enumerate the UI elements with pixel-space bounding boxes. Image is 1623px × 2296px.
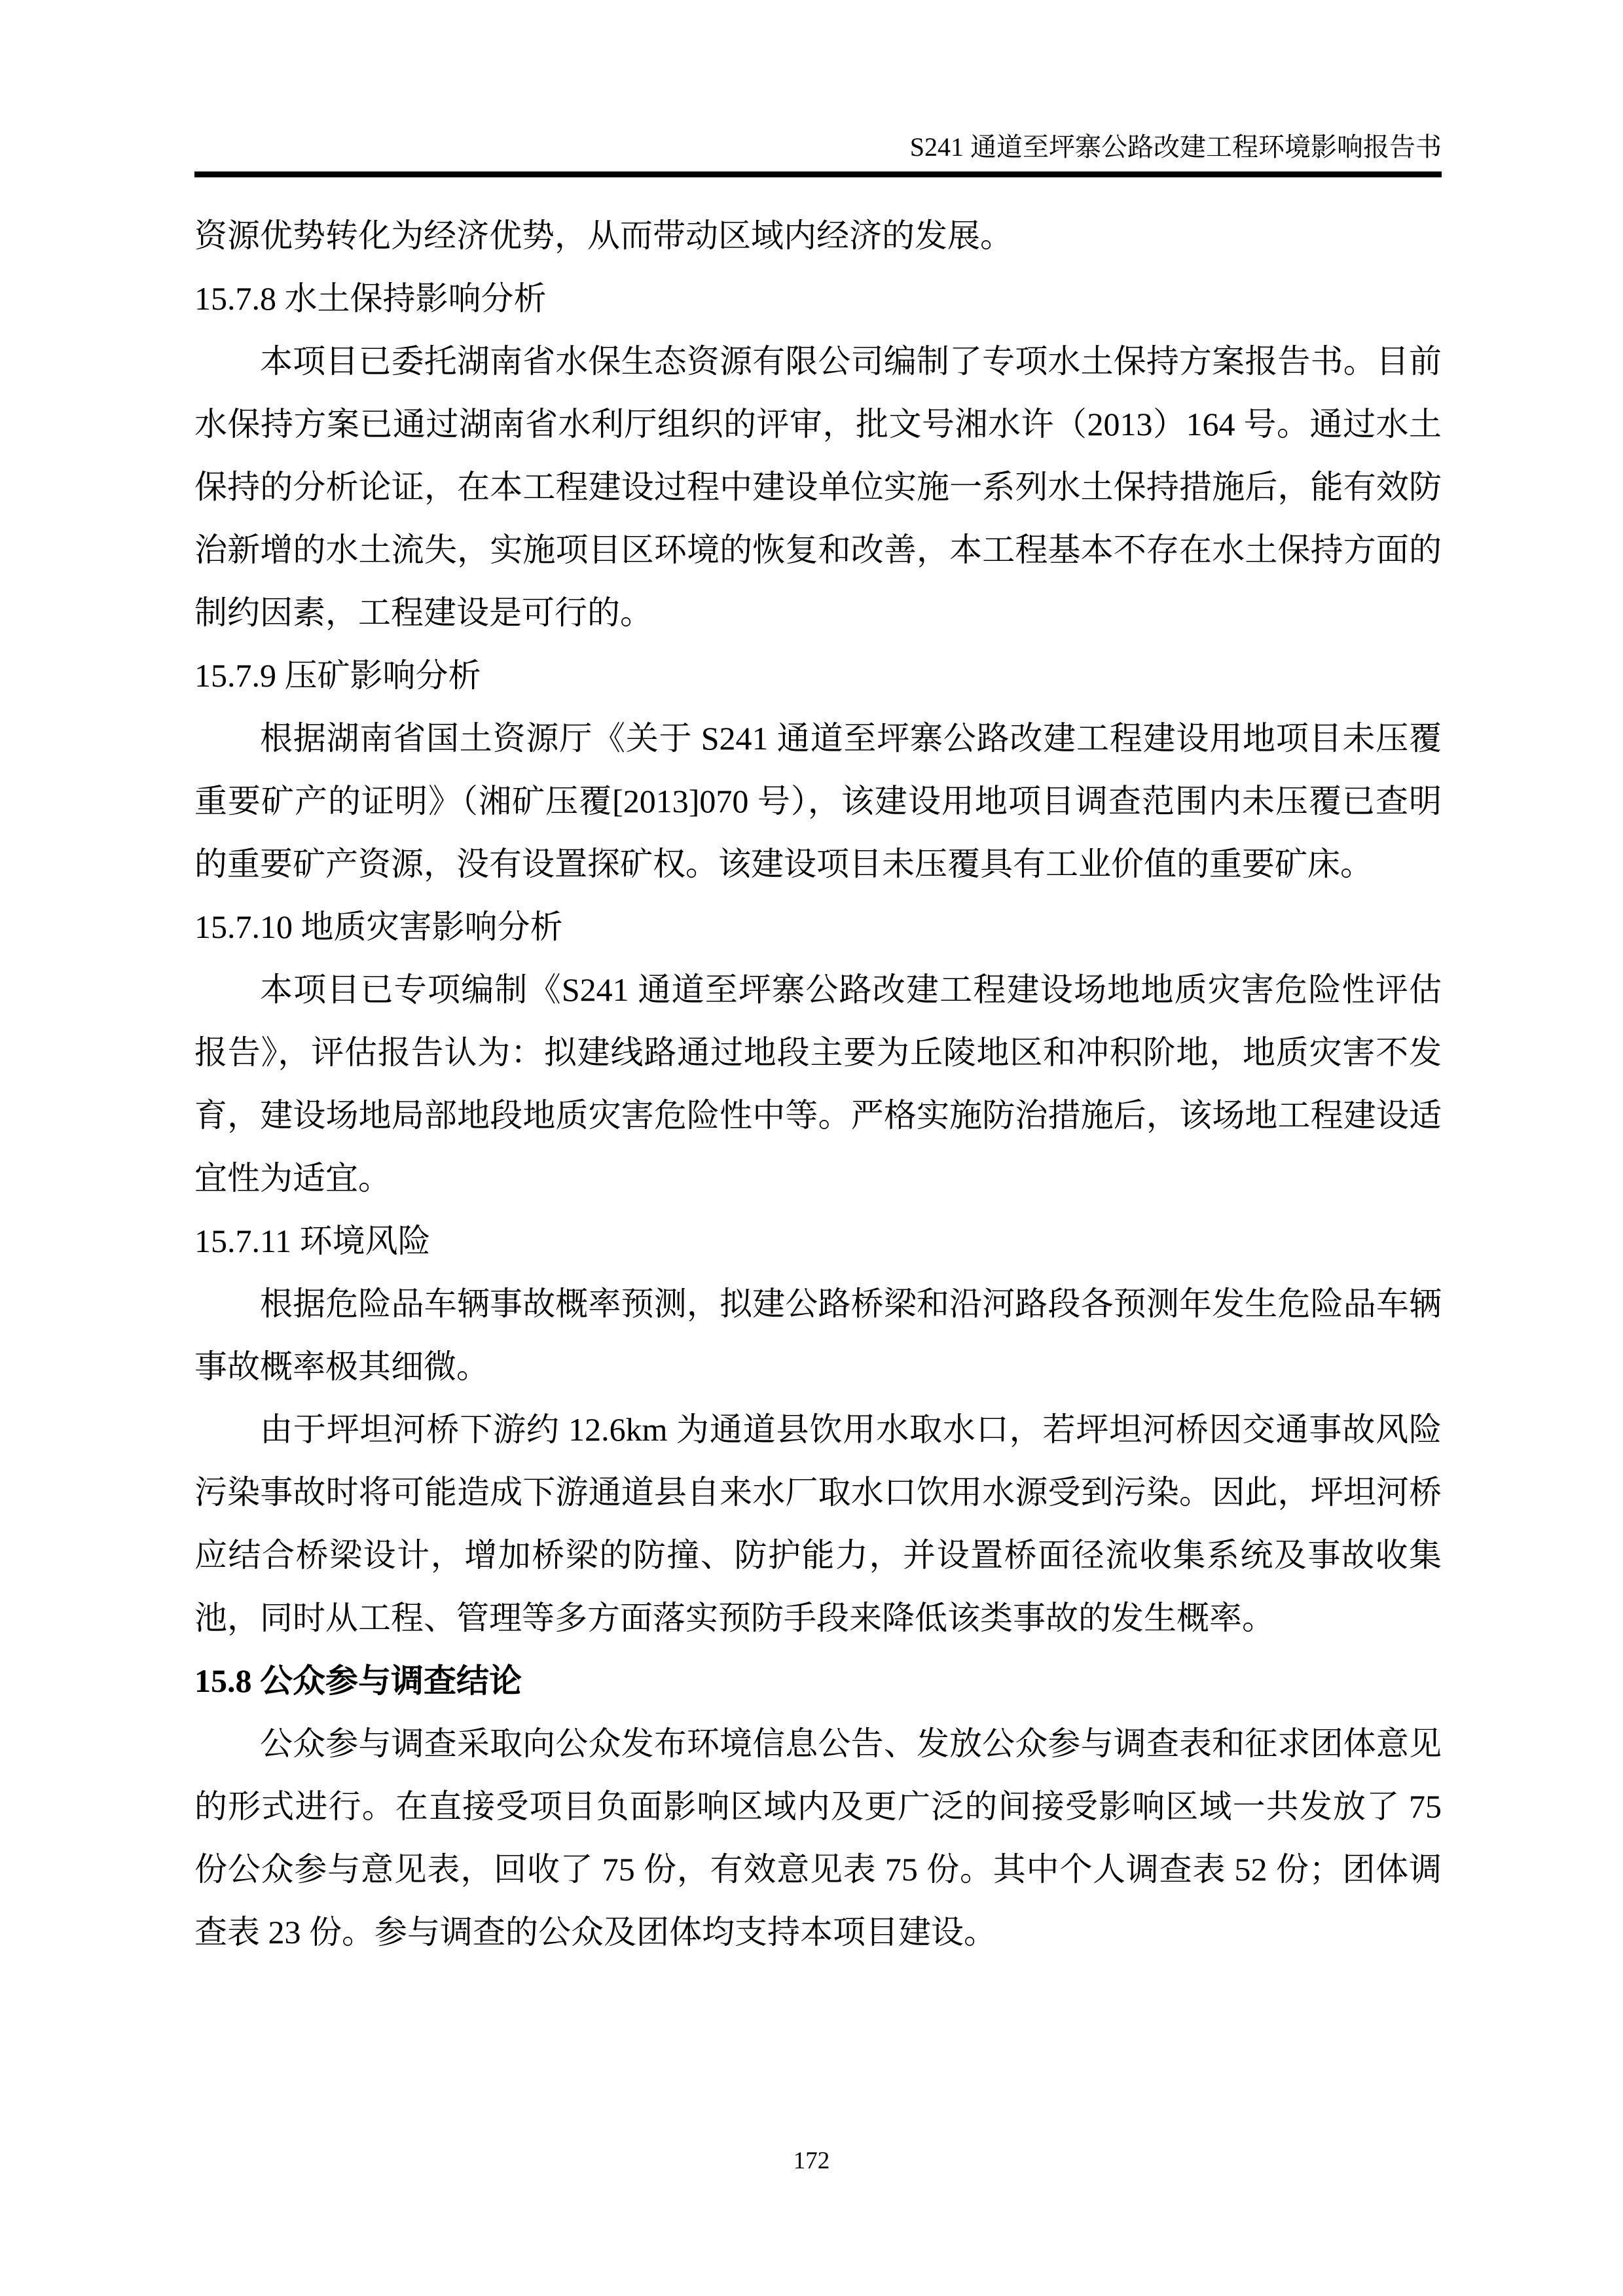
paragraph: 由于坪坦河桥下游约 12.6km 为通道县饮用水取水口，若坪坦河桥因交通事故风险… — [194, 1398, 1442, 1649]
paragraph: 公众参与调查采取向公众发布环境信息公告、发放公众参与调查表和征求团体意见的形式进… — [194, 1712, 1442, 1964]
paragraph-continuation: 资源优势转化为经济优势，从而带动区域内经济的发展。 — [194, 204, 1442, 267]
paragraph: 根据湖南省国土资源厅《关于 S241 通道至坪寨公路改建工程建设用地项目未压覆重… — [194, 707, 1442, 895]
document-body: 资源优势转化为经济优势，从而带动区域内经济的发展。 15.7.8 水土保持影响分… — [194, 204, 1442, 1964]
section-heading-15-7-8: 15.7.8 水土保持影响分析 — [194, 267, 1442, 330]
page-number: 172 — [793, 2147, 830, 2174]
paragraph: 本项目已委托湖南省水保生态资源有限公司编制了专项水土保持方案报告书。目前水保持方… — [194, 330, 1442, 644]
header-running-title: S241 通道至坪寨公路改建工程环境影响报告书 — [194, 130, 1442, 165]
paragraph: 本项目已专项编制《S241 通道至坪寨公路改建工程建设场地地质灾害危险性评估报告… — [194, 958, 1442, 1210]
page-footer: 172 — [0, 2147, 1623, 2176]
paragraph: 根据危险品车辆事故概率预测，拟建公路桥梁和沿河路段各预测年发生危险品车辆事故概率… — [194, 1272, 1442, 1398]
section-heading-15-7-9: 15.7.9 压矿影响分析 — [194, 644, 1442, 707]
header-rule — [194, 171, 1442, 177]
section-heading-15-7-10: 15.7.10 地质灾害影响分析 — [194, 895, 1442, 958]
section-heading-15-8: 15.8 公众参与调查结论 — [194, 1649, 1442, 1712]
section-heading-15-7-11: 15.7.11 环境风险 — [194, 1210, 1442, 1272]
document-page: S241 通道至坪寨公路改建工程环境影响报告书 资源优势转化为经济优势，从而带动… — [0, 0, 1623, 2296]
